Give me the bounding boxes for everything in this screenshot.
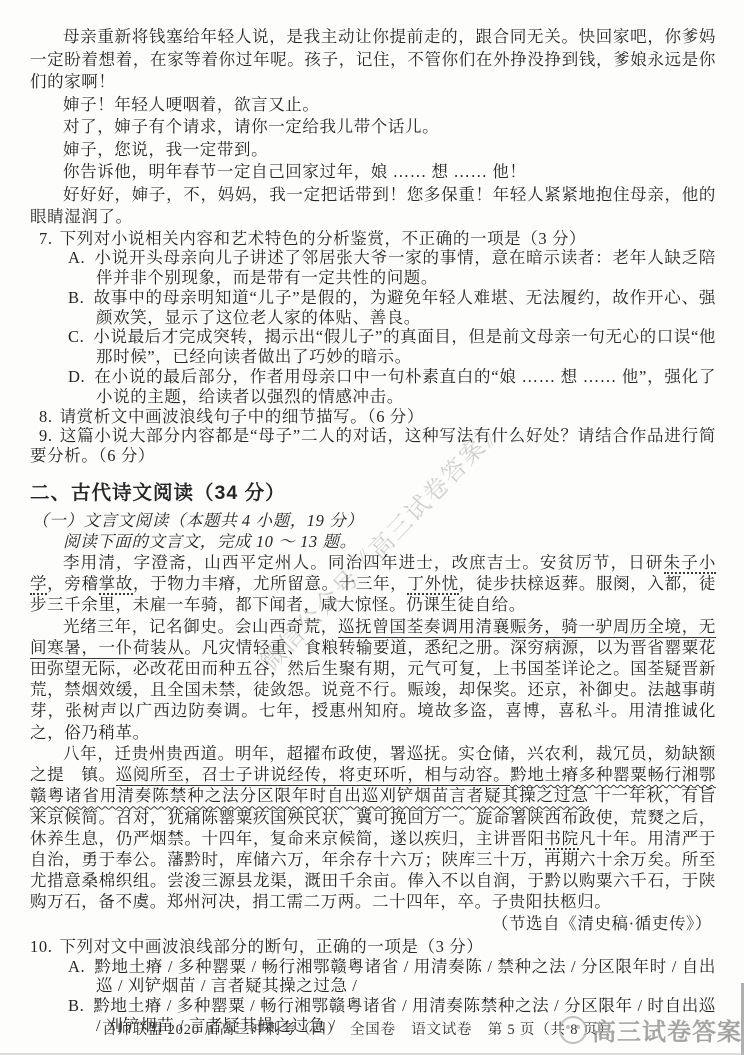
classical-paragraph: 光绪三年，记名御史。会山西奇荒，巡抚曾国荃奏调用清襄赈务，骑一驴周历全境，无间寒… <box>30 616 716 743</box>
answer-option: D.在小说的最后部分，作者用母亲口中一句朴素直白的“娘 …… 想 …… 他”，强… <box>68 367 716 407</box>
question-10-stem: 10.下列对文中画波浪线部分的断句，正确的一项是（3 分） <box>30 937 716 957</box>
reading-instruction: 阅读下面的文言文，完成 10 ～ 13 题。 <box>30 531 716 552</box>
option-label: B. <box>68 996 84 1015</box>
answer-option: A.黔地土瘠 / 多种罂粟 / 畅行湘鄂赣粤诸省 / 用清奏陈 / 禁种之法 /… <box>68 957 716 997</box>
classical-paragraph: 李用清，字澄斋，山西平定州人。同治四年进士，改庶吉士。安贫厉节，日研朱子小学，旁… <box>30 552 716 616</box>
question-stem-text: 下列对文中画波浪线部分的断句，正确的一项是（3 分） <box>59 937 483 956</box>
question-9-text: 9.这篇小说大部分内容都是“母子”二人的对话，这种写法有什么好处？请结合作品进行… <box>30 426 716 466</box>
answer-option: B.故事中的母亲明知道“儿子”是假的，为避免年轻人难堪、无法履约，故作开心、强颜… <box>68 288 716 328</box>
classical-text: ，旁稽 <box>47 574 98 593</box>
question-number: 10. <box>30 937 52 956</box>
question-7-stem: 7.下列对小说相关内容和艺术特色的分析鉴赏，不正确的一项是（3 分） <box>30 229 716 249</box>
underlined-segment: 巡阅所至，召士子讲说经传，将吏环听，相与动容。 <box>116 765 510 786</box>
option-label: A. <box>68 248 85 267</box>
option-text: 故事中的母亲明知道“儿子”是假的，为避免年轻人难堪、无法履约，故作开心、强颜欢笑… <box>93 288 716 327</box>
emphasized-term: 丁外忧 <box>407 574 458 595</box>
option-text: 小说开头母亲向儿子讲述了邻居张大爷一家的事情，意在暗示读者：老年人缺乏陪伴并非个… <box>94 248 716 287</box>
classical-text: 光绪三年，记名御史。会山西奇荒， <box>63 617 338 636</box>
source-attribution: （节选自《清史稿·循吏传》） <box>30 913 716 934</box>
classical-text: ，于物力丰瘠，尤所留意。十三年， <box>133 574 407 593</box>
question-9: 9.这篇小说大部分内容都是“母子”二人的对话，这种写法有什么好处？请结合作品进行… <box>30 426 716 466</box>
story-paragraph: 婶子！年轻人哽咽着，欲言又止。 <box>30 94 716 117</box>
question-7-options: A.小说开头母亲向儿子讲述了邻居张大爷一家的事情，意在暗示读者：老年人缺乏陪伴并… <box>30 248 716 406</box>
story-paragraph: 母亲重新将钱塞给年轻人说，是我主动让你提前走的，跟合同无关。快回家吧，你爹妈一定… <box>30 26 716 94</box>
story-paragraph: 婶子，您说，我一定带到。 <box>30 139 716 162</box>
question-8-text: 8.请赏析文中画波浪线句子中的细节描写。（6 分） <box>30 407 716 427</box>
question-stem-text: 下列对小说相关内容和艺术特色的分析鉴赏，不正确的一项是（3 分） <box>60 229 587 248</box>
question-number: 9. <box>39 426 53 445</box>
page-footer: 百师联盟 2020 届高三冲刺考（四） 全国卷 语文试卷 第 5 页（共 8 页… <box>102 1018 613 1039</box>
option-text: 小说最后才完成突转，揭示出“假儿子”的真面目，但是前文母亲一句无心的口误“他那时… <box>93 327 716 366</box>
classical-text: 李用清，字澄斋，山西平定州人。同治四年进士，改庶吉士。安贫厉节，日研 <box>63 553 664 572</box>
question-text: 这篇小说大部分内容都是“母子”二人的对话，这种写法有什么好处？请结合作品进行简要… <box>30 426 716 465</box>
story-passage: 母亲重新将钱塞给年轻人说，是我主动让你提前走的，跟合同无关。快回家吧，你爹妈一定… <box>30 26 716 229</box>
story-paragraph: 你告诉他，明年春节一定自己回家过年，娘 …… 想 …… 他！ <box>30 161 716 184</box>
question-number: 7. <box>39 229 53 248</box>
story-paragraph: 好好好，婶子，不，妈妈，我一定把话带到！您多保重！年轻人紧紧地抱住母亲，他的眼睛… <box>30 184 716 229</box>
option-label: C. <box>68 327 84 346</box>
option-text: 在小说的最后部分，作者用母亲口中一句朴素直白的“娘 …… 想 …… 他”，强化了… <box>94 367 716 406</box>
option-text: 黔地土瘠 / 多种罂粟 / 畅行湘鄂赣粤诸省 / 用清奏陈 / 禁种之法 / 分… <box>94 957 716 996</box>
option-label: D. <box>68 367 85 386</box>
classical-passage: 李用清，字澄斋，山西平定州人。同治四年进士，改庶吉士。安贫厉节，日研朱子小学，旁… <box>30 552 716 912</box>
emphasized-term: 书院 <box>545 829 579 850</box>
question-text: 请赏析文中画波浪线句子中的细节描写。（6 分） <box>60 407 424 426</box>
exam-page: 母亲重新将钱塞给年轻人说，是我主动让你提前走的，跟合同无关。快回家吧，你爹妈一定… <box>0 0 744 1055</box>
option-label: A. <box>68 957 85 976</box>
question-number: 8. <box>39 407 53 426</box>
section-heading: 二、古代诗文阅读（34 分） <box>30 480 716 506</box>
answer-option: A.小说开头母亲向儿子讲述了邻居张大爷一家的事情，意在暗示读者：老年人缺乏陪伴并… <box>68 248 716 288</box>
option-label: B. <box>68 288 84 307</box>
classical-paragraph: 八年，迁贵州贵西道。明年，超擢布政使，署巡抚。实仓储，兴农利，裁冗员，劾缺额之提… <box>30 743 716 913</box>
section-subheading: （一）文言文阅读（本题共 4 小题，19 分） <box>30 510 716 531</box>
story-paragraph: 对了，婶子有个请求，请你一定给我儿带个话儿。 <box>30 116 716 139</box>
question-7: 7.下列对小说相关内容和艺术特色的分析鉴赏，不正确的一项是（3 分） A.小说开… <box>30 229 716 407</box>
emphasized-term: 掌故 <box>99 574 133 595</box>
answer-option: C.小说最后才完成突转，揭示出“假儿子”的真面目，但是前文母亲一句无心的口误“他… <box>68 327 716 367</box>
question-8: 8.请赏析文中画波浪线句子中的细节描写。（6 分） <box>30 407 716 427</box>
